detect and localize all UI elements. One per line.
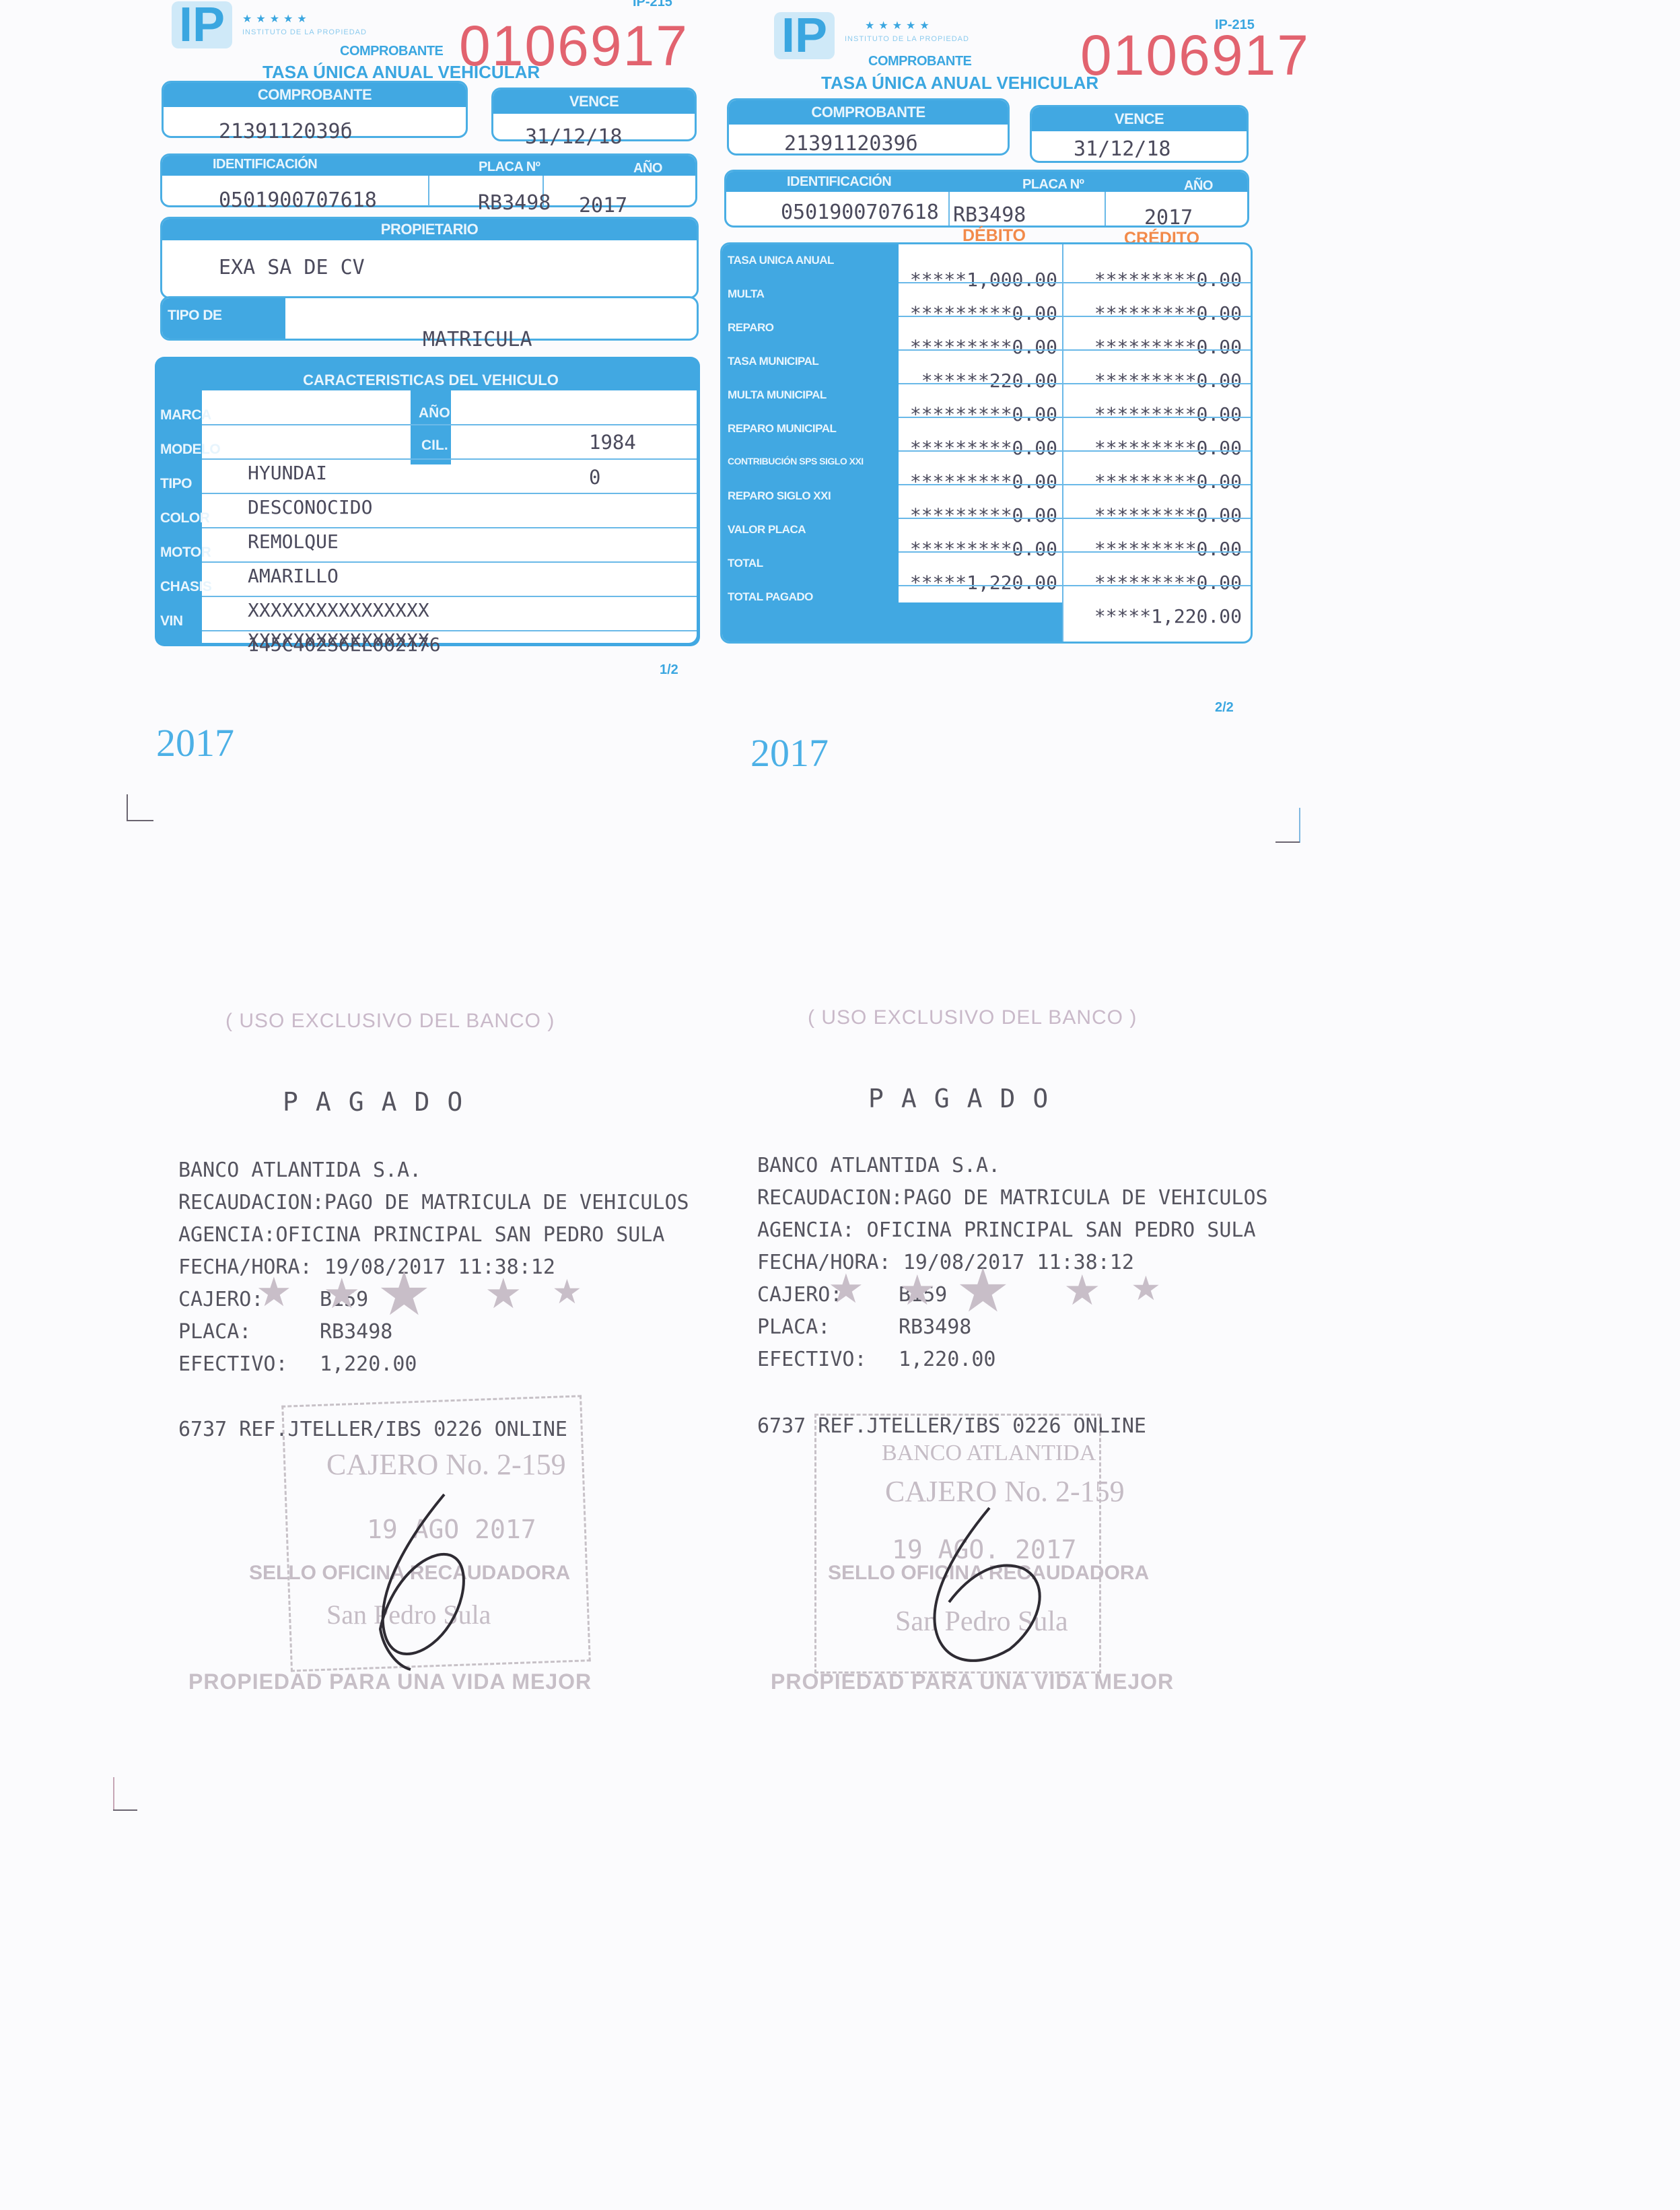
anio-label: AÑO <box>633 161 662 176</box>
bank-line: AGENCIA: OFICINA PRINCIPAL SAN PEDRO SUL… <box>757 1214 1268 1247</box>
crop-mark <box>113 1809 137 1811</box>
efectivo-row: EFECTIVO:1,220.00 <box>178 1348 417 1381</box>
placa-row: PLACA:RB3498 <box>757 1311 971 1344</box>
charge-debito: ******220.00 <box>899 370 1057 392</box>
star-icon: ★ <box>323 1269 361 1318</box>
charge-credito: *********0.00 <box>1063 538 1242 560</box>
vence-label: VENCE <box>493 90 695 114</box>
row-divider <box>899 450 1251 452</box>
bank-line: RECAUDACION:PAGO DE MATRICULA DE VEHICUL… <box>757 1182 1268 1214</box>
row-divider <box>202 424 697 425</box>
vehicle-field-value: REMOLQUE <box>248 530 339 553</box>
anio-value: 2017 <box>1144 206 1193 230</box>
charge-debito: *****1,220.00 <box>899 572 1057 594</box>
charge-debito: *********0.00 <box>899 437 1057 459</box>
bank-line: BANCO ATLANTIDA S.A. <box>178 1154 689 1187</box>
row-divider <box>899 282 1251 283</box>
tipo-operacion-value: MATRICULA <box>423 328 532 351</box>
charge-label: CONTRIBUCIÓN SPS SIGLO XXI <box>728 456 864 467</box>
identificacion-value: 0501900707618 <box>219 188 377 212</box>
bank-line: AGENCIA:OFICINA PRINCIPAL SAN PEDRO SULA <box>178 1219 689 1251</box>
institution-name: INSTITUTO DE LA PROPIEDAD <box>845 35 969 43</box>
receipt-right: IP ★★★★★ INSTITUTO DE LA PROPIEDAD IP-21… <box>713 0 1306 727</box>
pagado-status: PAGADO <box>283 1087 480 1117</box>
placa-label: PLACA: <box>178 1316 320 1348</box>
vehicle-field-label: MODELO <box>160 442 220 458</box>
total-pagado-label: TOTAL PAGADO <box>728 590 813 604</box>
bank-section-right: ( USO EXCLUSIVO DEL BANCO ) PAGADO BANCO… <box>727 983 1279 1723</box>
anio-label: AÑO <box>1184 178 1213 194</box>
propietario-value: EXA SA DE CV <box>219 256 365 279</box>
charge-debito: *********0.00 <box>899 538 1057 560</box>
divider <box>428 176 429 206</box>
efectivo-value: 1,220.00 <box>320 1352 417 1376</box>
footer-slogan: PROPIEDAD PARA UNA VIDA MEJOR <box>771 1669 1174 1694</box>
propietario-label: PROPIETARIO <box>162 219 697 240</box>
vence-label: VENCE <box>1032 107 1247 131</box>
charge-label: VALOR PLACA <box>728 523 806 537</box>
placa-value: RB3498 <box>953 203 1026 227</box>
charge-label: REPARO <box>728 321 773 335</box>
comprobante-label: COMPROBANTE <box>164 83 466 107</box>
handwritten-mark <box>909 1494 1070 1683</box>
vence-value: 31/12/18 <box>1074 137 1171 161</box>
charge-credito: *********0.00 <box>1063 403 1242 425</box>
crop-mark <box>1275 841 1300 843</box>
uso-exclusivo-label: ( USO EXCLUSIVO DEL BANCO ) <box>225 1010 555 1033</box>
charge-debito: *********0.00 <box>899 302 1057 324</box>
star-icon: ★ <box>256 1269 292 1316</box>
vehicle-field-label: TIPO <box>160 476 192 492</box>
bank-line: RECAUDACION:PAGO DE MATRICULA DE VEHICUL… <box>178 1187 689 1219</box>
handwritten-mark <box>350 1474 498 1676</box>
crop-mark <box>127 794 128 821</box>
charge-label: REPARO SIGLO XXI <box>728 489 831 503</box>
row-divider <box>899 316 1251 317</box>
footer-slogan: PROPIEDAD PARA UNA VIDA MEJOR <box>188 1669 592 1694</box>
vehicle-cil-label: CIL. <box>421 438 448 454</box>
vehicle-field-value: DESCONOCIDO <box>248 496 372 518</box>
tipo-operacion-label: TIPO DE OPERACIÓN <box>162 298 285 339</box>
cajero-label: CAJERO: <box>178 1284 320 1316</box>
uso-exclusivo-label: ( USO EXCLUSIVO DEL BANCO ) <box>808 1006 1137 1029</box>
page-number: 1/2 <box>660 662 678 678</box>
divider <box>1105 192 1106 226</box>
placa-label: PLACA Nº <box>479 160 540 175</box>
total-pagado-value: *****1,220.00 <box>1063 605 1242 627</box>
row-divider <box>899 518 1251 519</box>
vehicle-field-value: XXXXXXXXXXXXXXXX <box>248 599 429 621</box>
vehicle-anio-label: AÑO <box>419 405 450 421</box>
placa-label: PLACA: <box>757 1311 899 1344</box>
row-divider <box>202 458 697 460</box>
charge-credito: *********0.00 <box>1063 572 1242 594</box>
row-divider <box>899 551 1251 553</box>
vehicle-field-label: CHASIS <box>160 579 211 595</box>
efectivo-row: EFECTIVO:1,220.00 <box>757 1344 996 1376</box>
serial-label: COMPROBANTE <box>868 54 971 69</box>
star-icon: ★ <box>1063 1266 1101 1315</box>
receipt-left: IP ★★★★★ INSTITUTO DE LA PROPIEDAD IP-21… <box>148 0 700 687</box>
vehicle-field-label: VIN <box>160 613 183 629</box>
star-icon: ★ <box>1131 1269 1161 1308</box>
charge-label: TASA UNICA ANUAL <box>728 254 834 267</box>
vehicle-field-label: MOTOR <box>160 545 211 561</box>
row-divider <box>202 596 697 597</box>
form-number: IP-215 <box>633 0 672 10</box>
row-divider <box>899 383 1251 384</box>
charge-label: MULTA <box>728 287 764 301</box>
vehicle-field-label: MARCA <box>160 407 211 423</box>
charge-credito: *********0.00 <box>1063 437 1242 459</box>
crop-mark <box>1299 808 1300 843</box>
caracteristicas-label: CARACTERISTICAS DEL VEHICULO <box>289 372 572 389</box>
comprobante-label: COMPROBANTE <box>729 100 1008 125</box>
charge-credito: *********0.00 <box>1063 302 1242 324</box>
ip-logo: IP <box>774 12 835 59</box>
bank-line: FECHA/HORA: 19/08/2017 11:38:12 <box>178 1251 689 1284</box>
charge-debito: *********0.00 <box>899 336 1057 358</box>
form-title: TASA ÚNICA ANUAL VEHICULAR <box>262 62 540 83</box>
year-print-left: 2017 <box>156 720 234 765</box>
stars-icon: ★★★★★ <box>865 19 934 32</box>
bank-lines: BANCO ATLANTIDA S.A.RECAUDACION:PAGO DE … <box>178 1154 689 1284</box>
year-print-right: 2017 <box>750 730 829 775</box>
charge-credito: *********0.00 <box>1063 370 1242 392</box>
star-icon: ★ <box>377 1259 431 1330</box>
charge-label: TASA MUNICIPAL <box>728 355 818 368</box>
vehicle-cil-value: 0 <box>589 466 600 489</box>
institution-name: INSTITUTO DE LA PROPIEDAD <box>242 28 367 36</box>
stars-icon: ★★★★★ <box>242 12 311 26</box>
row-divider <box>899 484 1251 485</box>
vin-extra-value: XXXXXXXXXXXXXXXX <box>248 629 429 652</box>
efectivo-label: EFECTIVO: <box>178 1348 320 1381</box>
charge-credito: *********0.00 <box>1063 269 1242 291</box>
charges-table: TASA UNICA ANUAL*****1,000.00*********0.… <box>720 242 1253 644</box>
vehicle-field-value: AMARILLO <box>248 565 339 587</box>
anio-value: 2017 <box>579 194 627 217</box>
charge-label: TOTAL <box>728 557 763 570</box>
divider <box>948 192 950 226</box>
efectivo-value: 1,220.00 <box>899 1348 996 1371</box>
crop-mark <box>127 820 153 821</box>
star-icon: ★ <box>485 1269 522 1318</box>
comprobante-value: 2139112039б <box>219 120 353 143</box>
row-divider <box>899 349 1251 351</box>
bank-section-left: ( USO EXCLUSIVO DEL BANCO ) PAGADO BANCO… <box>148 983 700 1723</box>
placa-row: PLACA:RB3498 <box>178 1316 392 1348</box>
vehicle-field-value: HYUNDAI <box>248 462 327 484</box>
pagado-status: PAGADO <box>868 1084 1065 1113</box>
placa-label: PLACA Nº <box>1022 177 1084 193</box>
form-title: TASA ÚNICA ANUAL VEHICULAR <box>821 73 1098 94</box>
vehicle-anio-value: 1984 <box>589 431 636 454</box>
row-divider <box>202 493 697 494</box>
bank-lines: BANCO ATLANTIDA S.A.RECAUDACION:PAGO DE … <box>757 1150 1268 1279</box>
charge-debito: *********0.00 <box>899 471 1057 493</box>
serial-number: 0106917 <box>1080 23 1310 88</box>
serial-label: COMPROBANTE <box>340 44 443 59</box>
row-divider <box>899 417 1251 418</box>
star-icon: ★ <box>828 1266 864 1313</box>
charge-debito: *********0.00 <box>899 403 1057 425</box>
star-icon: ★ <box>899 1266 936 1315</box>
star-icon: ★ <box>552 1272 582 1311</box>
row-divider <box>899 585 1251 586</box>
row-divider <box>202 561 697 563</box>
reference: 6737 REF.JTELLER/IBS 0226 ONLINE <box>178 1414 567 1446</box>
bank-line: BANCO ATLANTIDA S.A. <box>757 1150 1268 1182</box>
charge-label: REPARO MUNICIPAL <box>728 422 836 436</box>
identificacion-label: IDENTIFICACIÓN <box>787 174 891 190</box>
reference: 6737 REF.JTELLER/IBS 0226 ONLINE <box>757 1410 1146 1443</box>
ip-logo: IP <box>172 1 232 48</box>
star-icon: ★ <box>956 1255 1010 1326</box>
placa-value: RB3498 <box>478 191 551 215</box>
row-divider <box>202 527 697 528</box>
crop-mark <box>113 1777 114 1811</box>
charge-credito: *********0.00 <box>1063 471 1242 493</box>
charge-credito: *********0.00 <box>1063 336 1242 358</box>
identificacion-label: IDENTIFICACIÓN <box>213 157 317 172</box>
comprobante-value: 2139112039б <box>784 132 918 156</box>
efectivo-label: EFECTIVO: <box>757 1344 899 1376</box>
vehicle-field-label: COLOR <box>160 510 209 526</box>
charge-debito: *****1,000.00 <box>899 269 1057 291</box>
identificacion-value: 0501900707618 <box>781 201 939 224</box>
vence-value: 31/12/18 <box>525 125 623 149</box>
charge-credito: *********0.00 <box>1063 504 1242 526</box>
charge-label: MULTA MUNICIPAL <box>728 388 827 402</box>
page-number: 2/2 <box>1215 700 1234 716</box>
stamp-bank: BANCO ATLANTIDA <box>882 1441 1096 1466</box>
charge-debito: *********0.00 <box>899 504 1057 526</box>
